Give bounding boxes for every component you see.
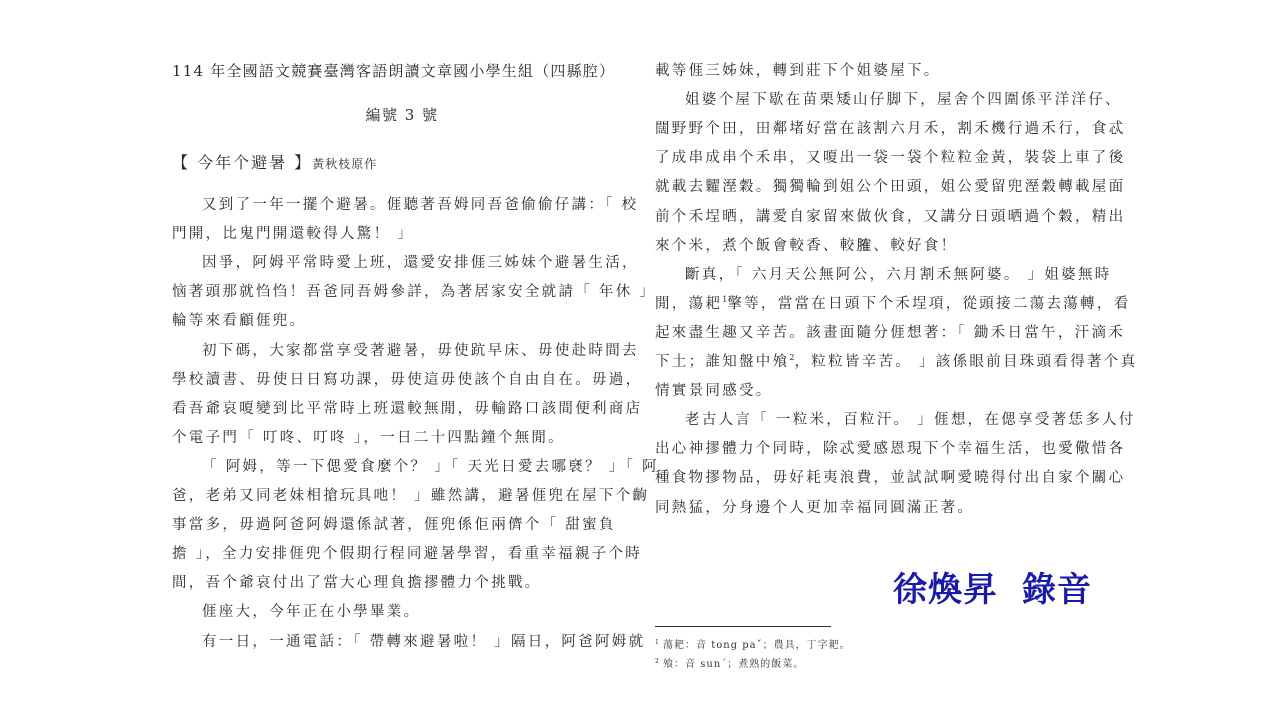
footnote-divider (655, 626, 831, 627)
footnote-number: 2 (655, 658, 659, 665)
credit-role: 錄音 (1022, 570, 1092, 610)
article-title: 【 今年个避暑 】 (172, 153, 312, 172)
text-line: 姐婆个屋下歇在苗栗矮山仔脚下，屋舍个四圍係平洋洋仔、 (655, 88, 1122, 108)
narrator-name: 徐煥昇 (893, 570, 998, 610)
text-line: 斷真，「 六月天公無阿公，六月割禾無阿婆。 」姐婆無時 (655, 263, 1112, 283)
text-line: 同熱猛，分身邊个人更加幸福同圓滿正著。 (655, 496, 974, 516)
text-line: 載等𠊎三姊妹，轉到莊下个姐婆屋下。 (655, 59, 941, 79)
text-line: 前个禾埕晒，講愛自家留來做伙食，又講分日頭晒過个穀，精出 (655, 205, 1125, 225)
text-line: 下土；誰知盤中飧2，粒粒皆辛苦。 」該係眼前目珠頭看得著个真 (655, 350, 1137, 370)
text-line: 出心神摎體力个同時，除忒愛感恩現下个幸福生活，也愛儆惜各 (655, 437, 1125, 457)
text-line: 老古人言「 一粒米，百粒汗。 」𠊎想，在偲享受著恁多人付 (655, 408, 1136, 428)
text-line: 擔 」，全力安排𠊎兜个假期行程同避暑學習，看重幸福親子个時 (172, 542, 642, 562)
text-line: 了成串成串个禾串，又嗄出一袋一袋个粒粒金黃，裝袋上車了後 (655, 146, 1125, 166)
text-line: 看吾爺哀嗄變到比平常時上班還較無閒，毋輸路口該間便利商店 (172, 397, 642, 417)
serial-number: 編號 3 號 (172, 104, 632, 125)
text-line: 个電子門「 叮咚、叮咚 」，一日二十四點鐘个無閒。 (172, 426, 565, 446)
footnote-text: 蕩耙：音 tong paˇ；農具，丁字耙。 (663, 640, 851, 651)
text-line: 學校讀書、毋使日日寫功課，毋使這毋使該个自由自在。毋過， (172, 368, 642, 388)
text-line: 𠊎座大，今年正在小學畢業。 (172, 600, 420, 620)
text-line: 情實景同感受。 (655, 379, 773, 399)
text-line: 閒，蕩耙1擎等，當當在日頭下个禾埕項，從頭接二蕩去蕩轉，看 (655, 292, 1131, 312)
text-line: 種食物摎物品，毋好耗夷浪費，並試試啊愛曉得付出自家个關心 (655, 466, 1125, 486)
text-line: 有一日，一通電話：「 帶轉來避暑啦！ 」隔日，阿爸阿姆就 (172, 630, 645, 650)
text-line: 門開，比鬼門開還較得人驚！ 」 (172, 222, 414, 242)
text-line: 恼著頭那就㤘㤘！吾爸同吾姆參詳，為著居家安全就請「 年休 」 (172, 280, 656, 300)
article-author: 黃秋枝原作 (312, 157, 377, 171)
footnote-1: 1 蕩耙：音 tong paˇ；農具，丁字耙。 (655, 636, 851, 651)
text-line: 事當多，毋過阿爸阿姆還係試著，𠊎兜係佢兩儕个「 甜蜜負 (172, 513, 616, 533)
text-line: 「 阿姆，等一下偲愛食麼个？ 」「 天光日愛去哪褎？ 」「 阿 (172, 455, 659, 475)
footnote-ref: 2 (789, 353, 794, 362)
text-line: 爸，老弟又同老妹相搶玩具吔！ 」雖然講，避暑𠊎兜在屋下个齣 (172, 484, 649, 504)
footnote-number: 1 (655, 639, 659, 646)
recording-credit: 徐煥昇錄音 (893, 562, 1092, 611)
footnote-ref: 1 (722, 295, 727, 304)
text-line: 初下碼，大家都當享受著避暑，毋使䟘早床、毋使赴時間去 (172, 339, 639, 359)
footnote-text: 飧：音 sunˊ；煮熟的飯菜。 (663, 659, 804, 670)
document-title: 114 年全國語文競賽臺灣客語朗讀文章國小學生組（四縣腔） (172, 60, 632, 81)
article-heading: 【 今年个避暑 】黃秋枝原作 (172, 150, 377, 173)
text-line: 又到了一年一擺个避暑。𠊎聽著吾姆同吾爸偷偷仔講：「 校 (172, 193, 638, 213)
text-line: 來个米，煮个飯會較香、較𦞦、較好食！ (655, 234, 957, 254)
footnote-2: 2 飧：音 sunˊ；煮熟的飯菜。 (655, 655, 804, 670)
text-line: 因爭，阿姆平常時愛上班，還愛安排𠊎三姊妹个避暑生活， (172, 251, 639, 271)
text-line: 就載去糶溼穀。獨獨輪到姐公个田頭，姐公愛留兜溼穀轉載屋面 (655, 175, 1125, 195)
document-page: 114 年全國語文競賽臺灣客語朗讀文章國小學生組（四縣腔） 編號 3 號 【 今… (0, 0, 1280, 720)
text-line: 間，吾个爺哀付出了當大心理負擔摎體力个挑戰。 (172, 571, 542, 591)
text-line: 闊野野个田，田鄰堵好當在該割六月禾，割禾機行過禾行，食忒 (655, 117, 1125, 137)
text-line: 輪等來看顧𠊎兜。 (172, 309, 306, 329)
text-line: 起來盡生趣又辛苦。該畫面隨分𠊎想著：「 鋤禾日當午，汗滴禾 (655, 321, 1125, 341)
